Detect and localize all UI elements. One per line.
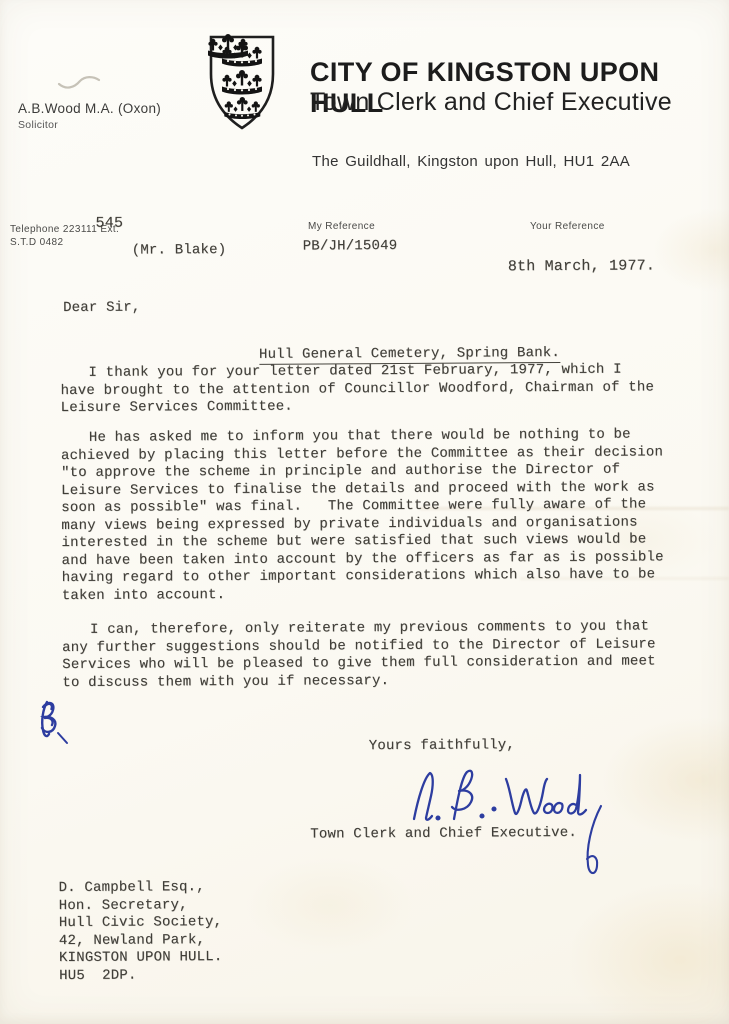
body-paragraph-3: I can, therefore, only reiterate my prev… [62, 618, 656, 692]
recipient-address: D. Campbell Esq., Hon. Secretary, Hull C… [59, 879, 223, 985]
contact-name: (Mr. Blake) [132, 242, 227, 260]
signatory-title: Town Clerk and Chief Executive. [310, 825, 577, 844]
pen-flourish [577, 803, 607, 883]
letter-date: 8th March, 1977. [508, 257, 655, 275]
signature-handwritten [406, 765, 606, 827]
letter-page: CITY OF KINGSTON UPON HULL Town Clerk an… [0, 0, 729, 1024]
body-paragraph-1: I thank you for your letter dated 21st F… [60, 361, 654, 417]
handwritten-margin-note-b [34, 697, 72, 747]
typewritten-content: 545 (Mr. Blake) PB/JH/15049 8th March, 1… [0, 0, 729, 1024]
body-paragraph-2: He has asked me to inform you that there… [61, 426, 664, 605]
my-reference-value: PB/JH/15049 [303, 238, 398, 256]
closing: Yours faithfully, [369, 737, 515, 755]
telephone-ext-value: 545 [95, 215, 123, 233]
salutation: Dear Sir, [63, 300, 141, 318]
